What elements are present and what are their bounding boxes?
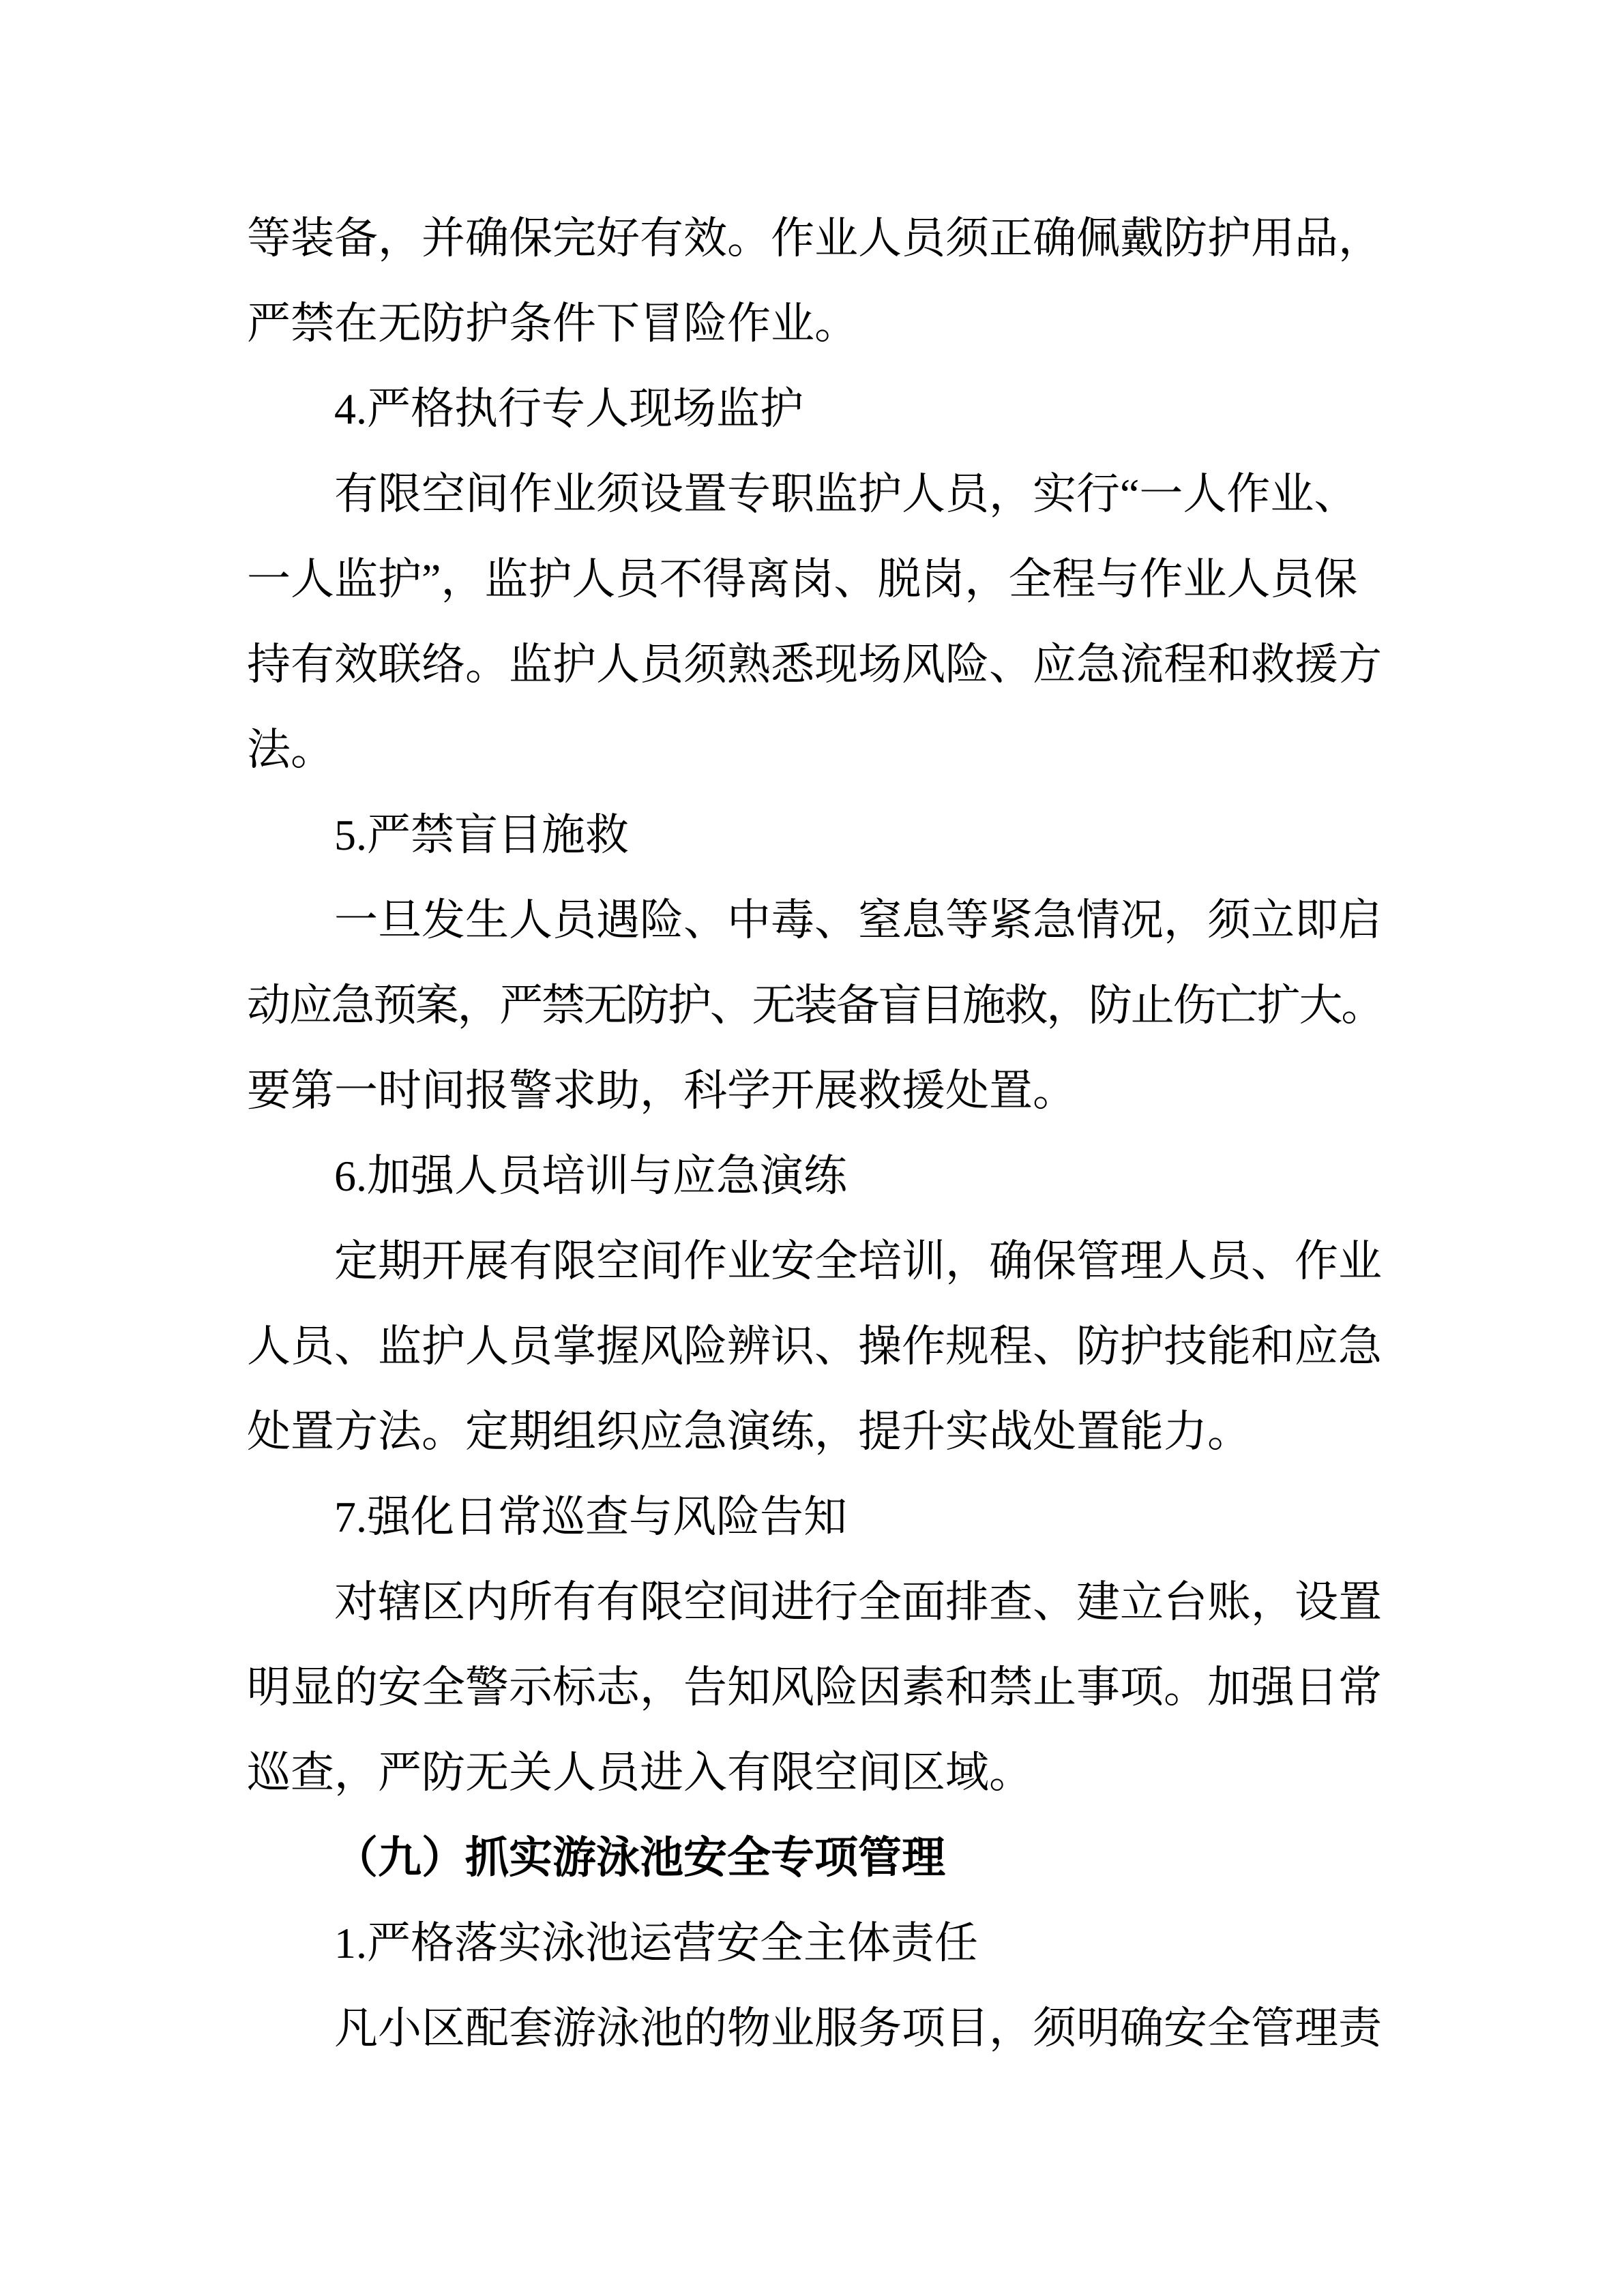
body-text-line: 一旦发生人员遇险、中毒、窒息等紧急情况，须立即启 bbox=[247, 878, 1385, 963]
body-text-line: 要第一时间报警求助，科学开展救援处置。 bbox=[247, 1048, 1385, 1133]
body-text-line: 一人监护”，监护人员不得离岗、脱岗，全程与作业人员保 bbox=[247, 537, 1385, 622]
body-text-line: 等装备，并确保完好有效。作业人员须正确佩戴防护用品， bbox=[247, 196, 1385, 281]
document-page: 等装备，并确保完好有效。作业人员须正确佩戴防护用品， 严禁在无防护条件下冒险作业… bbox=[0, 0, 1624, 2296]
body-text-line: 人员、监护人员掌握风险辨识、操作规程、防护技能和应急 bbox=[247, 1304, 1385, 1389]
body-text-line: 凡小区配套游泳池的物业服务项目，须明确安全管理责 bbox=[247, 1986, 1385, 2071]
numbered-heading-line: 4.严格执行专人现场监护 bbox=[247, 366, 1385, 451]
body-text-line: 有限空间作业须设置专职监护人员，实行“一人作业、 bbox=[247, 451, 1385, 537]
section-heading-line: （九）抓实游泳池安全专项管理 bbox=[247, 1815, 1385, 1900]
body-text-line: 明显的安全警示标志，告知风险因素和禁止事项。加强日常 bbox=[247, 1645, 1385, 1730]
numbered-heading-line: 7.强化日常巡查与风险告知 bbox=[247, 1474, 1385, 1560]
body-text-line: 动应急预案，严禁无防护、无装备盲目施救，防止伤亡扩大。 bbox=[247, 963, 1385, 1048]
body-text-line: 法。 bbox=[247, 707, 1385, 792]
body-text-line: 持有效联络。监护人员须熟悉现场风险、应急流程和救援方 bbox=[247, 622, 1385, 707]
body-text-line: 严禁在无防护条件下冒险作业。 bbox=[247, 281, 1385, 366]
numbered-heading-line: 5.严禁盲目施救 bbox=[247, 792, 1385, 878]
numbered-heading-line: 1.严格落实泳池运营安全主体责任 bbox=[247, 1900, 1385, 1986]
body-text-line: 巡查，严防无关人员进入有限空间区域。 bbox=[247, 1730, 1385, 1815]
page-text-block: 等装备，并确保完好有效。作业人员须正确佩戴防护用品， 严禁在无防护条件下冒险作业… bbox=[247, 196, 1385, 2071]
body-text-line: 定期开展有限空间作业安全培训，确保管理人员、作业 bbox=[247, 1219, 1385, 1304]
body-text-line: 对辖区内所有有限空间进行全面排查、建立台账，设置 bbox=[247, 1560, 1385, 1645]
numbered-heading-line: 6.加强人员培训与应急演练 bbox=[247, 1133, 1385, 1219]
body-text-line: 处置方法。定期组织应急演练，提升实战处置能力。 bbox=[247, 1389, 1385, 1474]
